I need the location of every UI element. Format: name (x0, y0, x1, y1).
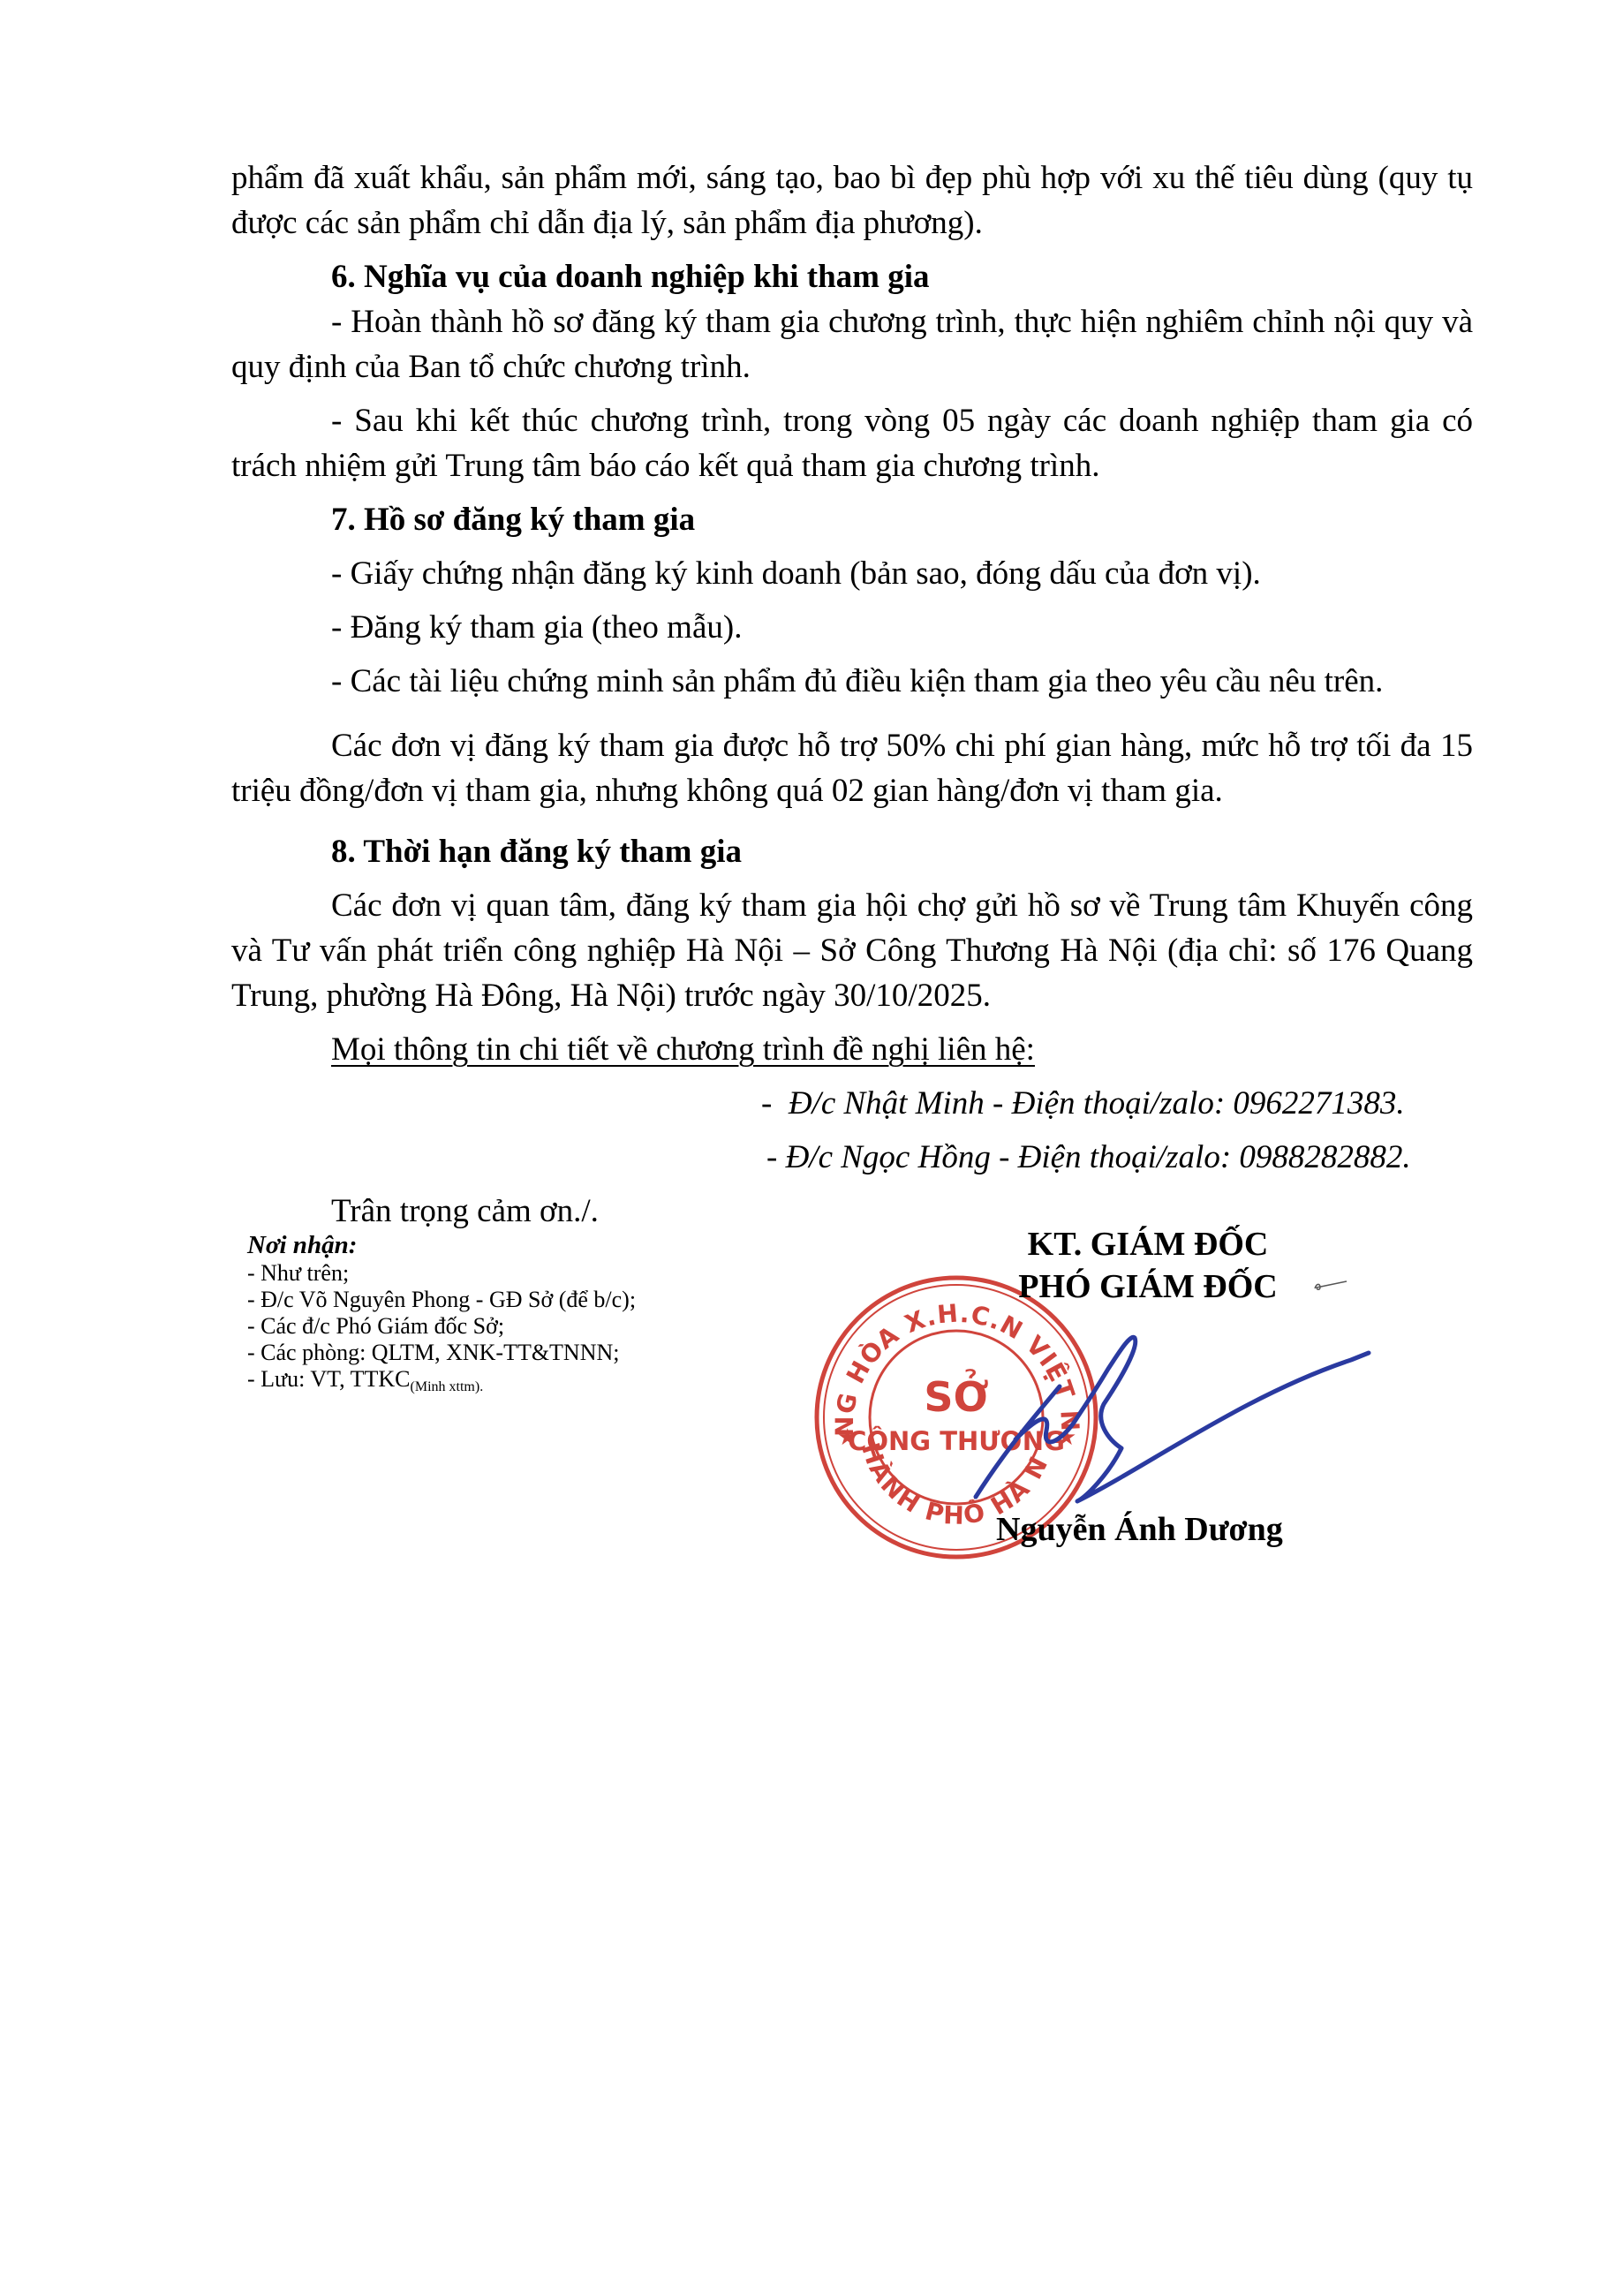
section-7-item-3: - Các tài liệu chứng minh sản phẩm đủ đi… (231, 659, 1473, 704)
signature-line-2: PHÓ GIÁM ĐỐC (945, 1265, 1351, 1308)
document-body: phẩm đã xuất khẩu, sản phẩm mới, sáng tạ… (231, 155, 1473, 1234)
section-7-item-1: - Giấy chứng nhận đăng ký kinh doanh (bả… (231, 551, 1473, 596)
initial-mark-icon (1311, 1276, 1355, 1294)
recipients-block: Nơi nhận: - Như trên; - Đ/c Võ Nguyên Ph… (247, 1232, 742, 1401)
section-8-heading: 8. Thời hạn đăng ký tham gia (231, 829, 1473, 874)
recipient-item-archive: - Lưu: VT, TTKC(Minh xttm). (247, 1366, 742, 1401)
archive-main: - Lưu: VT, TTKC (247, 1366, 411, 1392)
section-6-item-2: - Sau khi kết thúc chương trình, trong v… (231, 398, 1473, 488)
signature-line-1: KT. GIÁM ĐỐC (945, 1223, 1351, 1265)
contact-2: - Đ/c Ngọc Hồng - Điện thoại/zalo: 09882… (231, 1135, 1473, 1180)
recipient-item: - Như trên; (247, 1260, 742, 1287)
section-6-heading: 6. Nghĩa vụ của doanh nghiệp khi tham gi… (231, 254, 1473, 299)
recipient-item: - Đ/c Võ Nguyên Phong - GĐ Sở (để b/c); (247, 1287, 742, 1313)
signer-name: Nguyễn Ánh Dương (996, 1510, 1283, 1549)
contact-1: - Đ/c Nhật Minh - Điện thoại/zalo: 09622… (231, 1081, 1473, 1126)
star-icon: ★ (837, 1424, 857, 1450)
intro-continuation: phẩm đã xuất khẩu, sản phẩm mới, sáng tạ… (231, 155, 1473, 245)
handwritten-signature-icon (954, 1307, 1413, 1537)
contact-intro: Mọi thông tin chi tiết về chương trình đ… (331, 1031, 1035, 1068)
recipient-item: - Các đ/c Phó Giám đốc Sở; (247, 1313, 742, 1340)
document-page: phẩm đã xuất khẩu, sản phẩm mới, sáng tạ… (0, 0, 1623, 2296)
recipients-title: Nơi nhận: (247, 1232, 742, 1258)
section-8-body: Các đơn vị quan tâm, đăng ký tham gia hộ… (231, 883, 1473, 1018)
archive-sub: (Minh xttm). (411, 1379, 484, 1394)
support-note: Các đơn vị đăng ký tham gia được hỗ trợ … (231, 723, 1473, 813)
section-7-item-2: - Đăng ký tham gia (theo mẫu). (231, 605, 1473, 650)
section-6-item-1: - Hoàn thành hồ sơ đăng ký tham gia chươ… (231, 299, 1473, 389)
recipient-item: - Các phòng: QLTM, XNK-TT&TNNN; (247, 1340, 742, 1366)
contact-intro-line: Mọi thông tin chi tiết về chương trình đ… (231, 1027, 1473, 1072)
section-7-heading: 7. Hồ sơ đăng ký tham gia (231, 497, 1473, 542)
signature-title-block: KT. GIÁM ĐỐC PHÓ GIÁM ĐỐC (945, 1223, 1351, 1308)
